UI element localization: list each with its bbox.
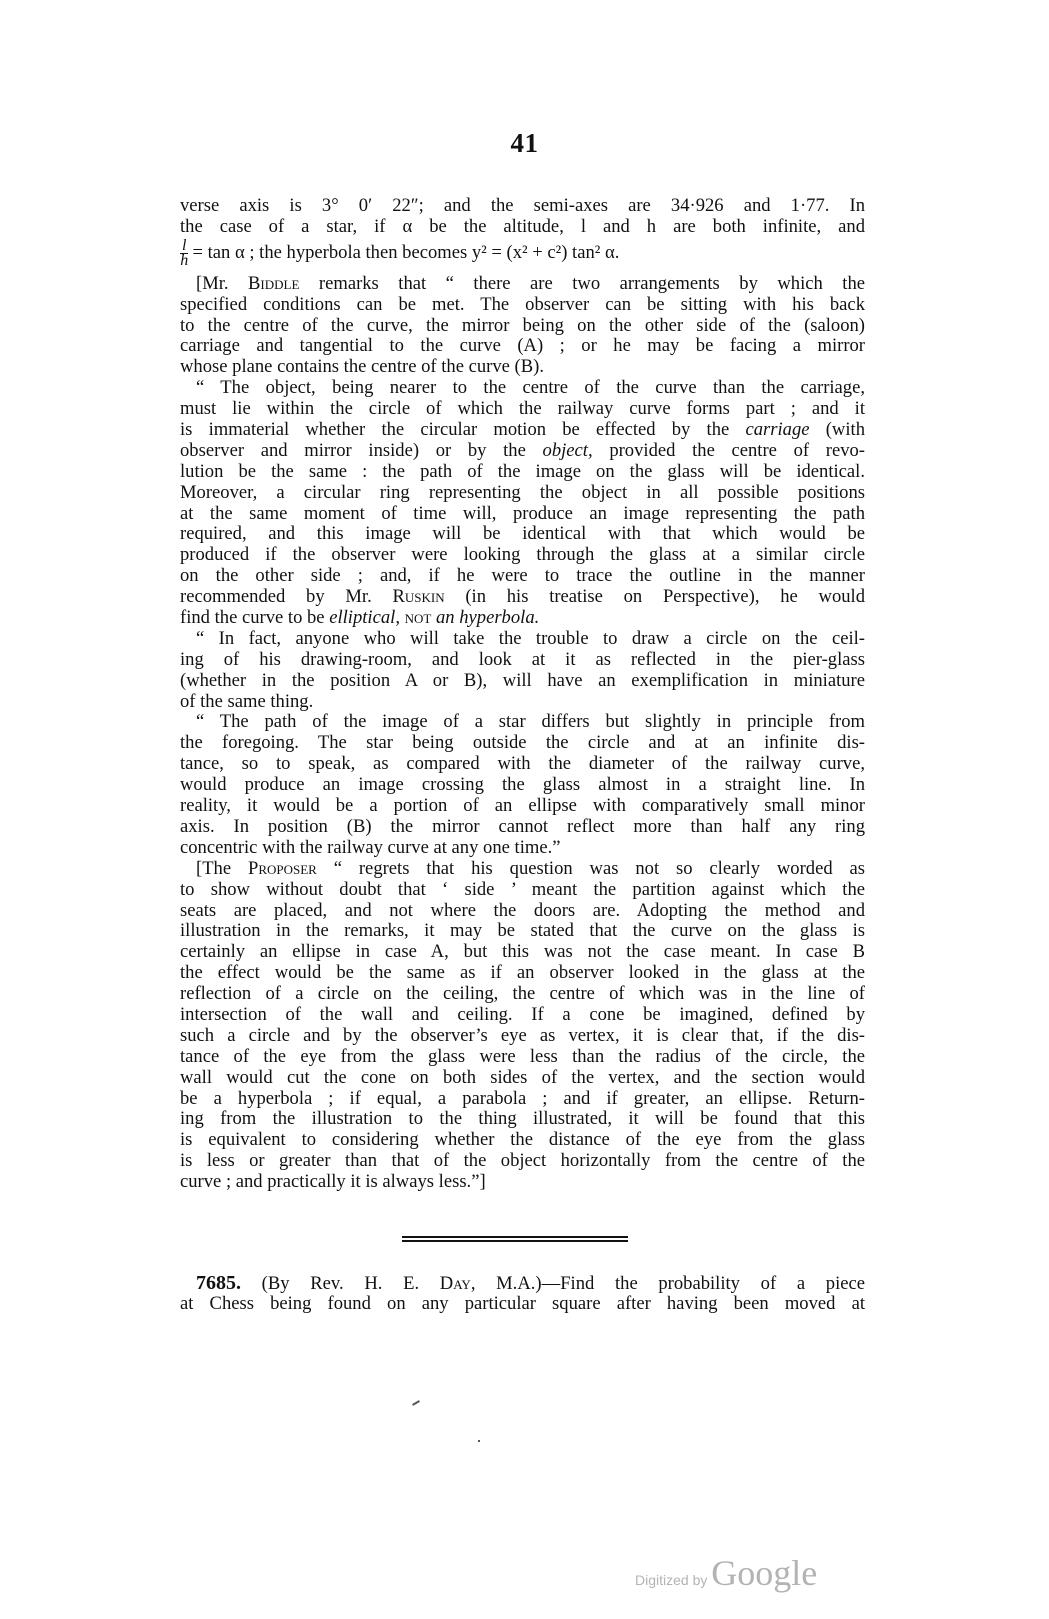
text-line: ing of his drawing-room, and look at it …: [180, 650, 865, 671]
google-logo: Google: [711, 1553, 817, 1593]
formula: l h = tan α ; the hyperbola then becomes…: [180, 238, 865, 268]
text-line: of the same thing.: [180, 692, 865, 713]
text-line: [Mr. Biddle remarks that “ there are two…: [180, 274, 865, 295]
author-name: Day: [440, 1273, 471, 1294]
text-fragment: (in his treatise on Perspective), he wou…: [445, 586, 865, 607]
text-fragment: remarks that “ there are two arrangement…: [299, 273, 865, 294]
text-line: carriage and tangential to the curve (A)…: [180, 336, 865, 357]
emphasis: an hyperbola.: [436, 607, 539, 628]
text-line: is equivalent to considering whether the…: [180, 1130, 865, 1151]
text-line: on the other side ; and, if he were to t…: [180, 566, 865, 587]
text-line: is immaterial whether the circular motio…: [180, 420, 865, 441]
text-line: certainly an ellipse in case A, but this…: [180, 942, 865, 963]
text-line: the case of a star, if α be the altitude…: [180, 217, 865, 238]
text-fragment: (with: [810, 419, 865, 440]
text-line: seats are placed, and not where the door…: [180, 901, 865, 922]
text-line: “ The object, being nearer to the centre…: [180, 378, 865, 399]
text-fragment: recommended by Mr.: [180, 586, 392, 607]
emphasis: elliptical,: [329, 607, 400, 628]
text-line: required, and this image will be identic…: [180, 524, 865, 545]
watermark-prefix: Digitized by: [635, 1572, 711, 1588]
text-line: lution be the same : the path of the ima…: [180, 462, 865, 483]
text-line: axis. In position (B) the mirror cannot …: [180, 817, 865, 838]
text-fragment: is immaterial whether the circular motio…: [180, 419, 745, 440]
scan-speck: [412, 1400, 420, 1406]
text-line: at Chess being found on any particular s…: [180, 1294, 865, 1315]
text-line: wall would cut the cone on both sides of…: [180, 1068, 865, 1089]
text-line: “ In fact, anyone who will take the trou…: [180, 629, 865, 650]
text-line: such a circle and by the observer’s eye …: [180, 1026, 865, 1047]
page-body: verse axis is 3° 0′ 22″; and the semi-ax…: [180, 196, 865, 1193]
text-line: be a hyperbola ; if equal, a parabola ; …: [180, 1089, 865, 1110]
text-line: specified conditions can be met. The obs…: [180, 295, 865, 316]
text-line: produced if the observer were looking th…: [180, 545, 865, 566]
text-line: to the centre of the curve, the mirror b…: [180, 316, 865, 337]
text-line: tance, so to speak, as compared with the…: [180, 754, 865, 775]
author-name: Ruskin: [392, 586, 444, 607]
text-line: tance of the eye from the glass were les…: [180, 1047, 865, 1068]
text-fragment: find the curve to be: [180, 607, 329, 628]
fraction: l h: [180, 239, 188, 268]
text-line: reflection of a circle on the ceiling, t…: [180, 984, 865, 1005]
text-fragment: observer and mirror inside) or by the: [180, 440, 543, 461]
text-line: would produce an image crossing the glas…: [180, 775, 865, 796]
text-line: find the curve to be elliptical, not an …: [180, 608, 865, 629]
emphasis: object,: [543, 440, 593, 461]
text-line: ing from the illustration to the thing i…: [180, 1109, 865, 1130]
text-line: illustration in the remarks, it may be s…: [180, 921, 865, 942]
fraction-denominator: h: [180, 254, 188, 268]
text-fragment: “ regrets that his question was not so c…: [317, 858, 865, 879]
text-fragment: [The: [196, 858, 248, 879]
question-number: 7685.: [196, 1272, 241, 1294]
emphasis: carriage: [745, 419, 809, 440]
text-line: [The Proposer “ regrets that his questio…: [180, 859, 865, 880]
text-line: to show without doubt that ‘ side ’ mean…: [180, 880, 865, 901]
digitized-watermark: Digitized by Google: [635, 1552, 817, 1594]
text-fragment: (By Rev. H. E.: [241, 1273, 440, 1294]
text-fragment: [Mr.: [196, 273, 248, 294]
text-line: is less or greater than that of the obje…: [180, 1151, 865, 1172]
question-7685: 7685. (By Rev. H. E. Day, M.A.)—Find the…: [180, 1273, 865, 1315]
text-line: curve ; and practically it is always les…: [180, 1172, 865, 1193]
text-line: “ The path of the image of a star differ…: [180, 712, 865, 733]
page-number: 41: [0, 128, 1049, 159]
section-divider: [402, 1236, 628, 1242]
text-line: whose plane contains the centre of the c…: [180, 357, 865, 378]
text-line: verse axis is 3° 0′ 22″; and the semi-ax…: [180, 196, 865, 217]
text-line: (whether in the position A or B), will h…: [180, 671, 865, 692]
text-line: recommended by Mr. Ruskin (in his treati…: [180, 587, 865, 608]
text-line: reality, it would be a portion of an ell…: [180, 796, 865, 817]
emphasis-smallcaps: not: [400, 607, 436, 628]
text-line: the effect would be the same as if an ob…: [180, 963, 865, 984]
text-line: 7685. (By Rev. H. E. Day, M.A.)—Find the…: [180, 1273, 865, 1294]
text-line: intersection of the wall and ceiling. If…: [180, 1005, 865, 1026]
text-fragment: , M.A.)—Find the probability of a piece: [471, 1273, 865, 1294]
text-line: at the same moment of time will, produce…: [180, 504, 865, 525]
text-line: the foregoing. The star being outside th…: [180, 733, 865, 754]
formula-text: = tan α ; the hyperbola then becomes y² …: [192, 242, 619, 263]
text-line: concentric with the railway curve at any…: [180, 838, 865, 859]
scan-speck: [478, 1440, 480, 1442]
text-line: observer and mirror inside) or by the ob…: [180, 441, 865, 462]
text-line: Moreover, a circular ring representing t…: [180, 483, 865, 504]
text-line: must lie within the circle of which the …: [180, 399, 865, 420]
author-name: Biddle: [248, 273, 299, 294]
author-name: Proposer: [248, 858, 317, 879]
text-fragment: provided the centre of revo-: [593, 440, 865, 461]
